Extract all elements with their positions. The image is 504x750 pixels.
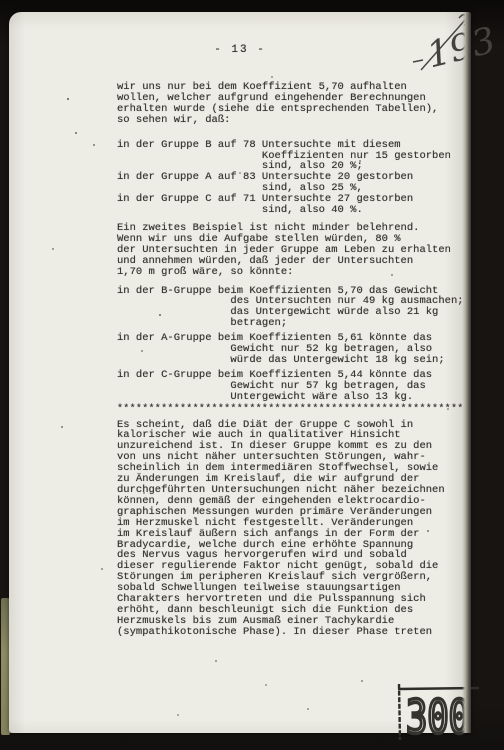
list-item-group-b: in der B-Gruppe beim Koeffizienten 5,70 …: [117, 286, 467, 330]
paper-speckles: [9, 12, 11, 14]
page-number: - 13 -: [9, 44, 471, 56]
paragraph-second-example: Ein zweites Beispiel ist nicht minder be…: [117, 223, 467, 278]
scanned-document: - 13 - 193 wir uns nur bei dem Koeffizie…: [0, 0, 504, 750]
paragraph-discussion: Es scheint, daß die Diät der Gruppe C so…: [117, 420, 467, 638]
stamp-number: 300: [406, 690, 470, 744]
document-page: - 13 - 193 wir uns nur bei dem Koeffizie…: [9, 12, 471, 733]
handwritten-number: 193: [423, 20, 497, 76]
handwritten-dash: [413, 60, 423, 62]
list-group-mortality: in der Gruppe B auf 78 Untersuchte mit d…: [117, 140, 467, 216]
page-edge-shadow: [462, 12, 471, 733]
paragraph-intro: wir uns nur bei dem Koeffizient 5,70 auf…: [117, 82, 467, 126]
stamp-bracket-vertical: [399, 684, 400, 740]
handwritten-folio-number: 193: [407, 10, 497, 82]
list-item-group-c: in der C-Gruppe beim Koeffizienten 5,44 …: [117, 370, 467, 403]
list-item-group-a: in der A-Gruppe beim Koeffizienten 5,61 …: [117, 333, 467, 366]
typewritten-text-column: wir uns nur bei dem Koeffizient 5,70 auf…: [117, 82, 467, 638]
dotted-separator: ****************************************…: [117, 405, 467, 415]
